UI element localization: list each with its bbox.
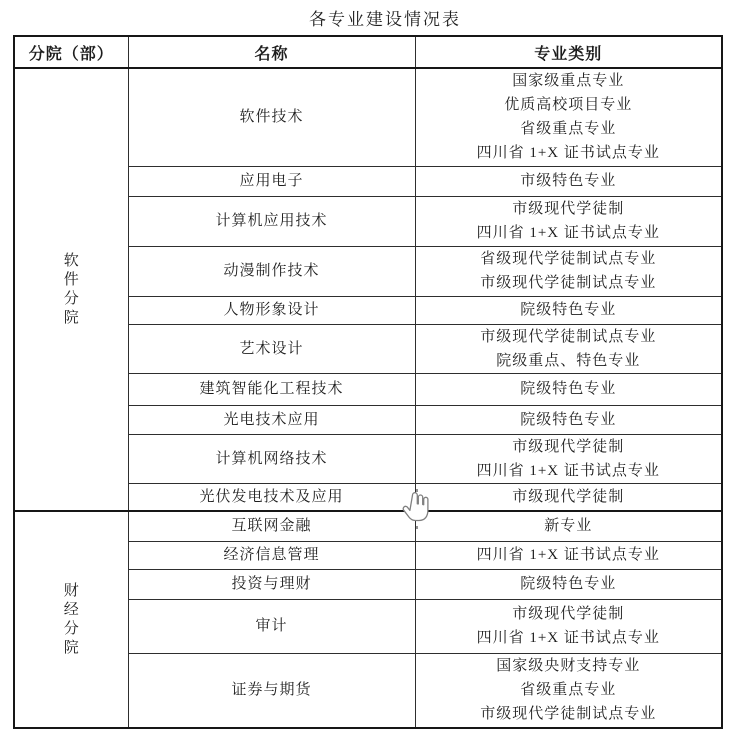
category-cell: 四川省 1+X 证书试点专业 [415, 541, 722, 569]
major-name-cell: 计算机应用技术 [128, 196, 415, 246]
category-line: 市级现代学徒制试点专业 [416, 325, 722, 349]
category-cell: 国家级央财支持专业 省级重点专业 市级现代学徒制试点专业 [415, 653, 722, 728]
category-cell: 市级现代学徒制 四川省 1+X 证书试点专业 [415, 599, 722, 653]
category-line: 院级特色专业 [416, 298, 722, 322]
category-cell: 新专业 [415, 511, 722, 541]
category-line: 四川省 1+X 证书试点专业 [416, 221, 722, 245]
category-line: 院级特色专业 [416, 377, 722, 401]
category-line: 省级重点专业 [416, 117, 722, 141]
category-line: 优质高校项目专业 [416, 93, 722, 117]
major-name-cell: 软件技术 [128, 68, 415, 166]
category-line: 院级重点、特色专业 [416, 349, 722, 373]
header-division: 分院（部） [14, 36, 128, 68]
category-line: 市级现代学徒制 [416, 435, 722, 459]
major-name-cell: 投资与理财 [128, 569, 415, 599]
category-cell: 市级现代学徒制 [415, 483, 722, 511]
category-cell: 院级特色专业 [415, 405, 722, 434]
category-line: 市级特色专业 [416, 169, 722, 193]
major-name-cell: 审计 [128, 599, 415, 653]
category-line: 市级现代学徒制试点专业 [416, 271, 722, 295]
major-name-cell: 应用电子 [128, 166, 415, 196]
major-name-cell: 人物形象设计 [128, 296, 415, 324]
category-cell: 省级现代学徒制试点专业 市级现代学徒制试点专业 [415, 246, 722, 296]
page-title: 各专业建设情况表 [18, 5, 734, 30]
category-cell: 院级特色专业 [415, 373, 722, 405]
header-row: 分院（部） 名称 专业类别 [14, 36, 722, 68]
category-line: 四川省 1+X 证书试点专业 [416, 626, 722, 650]
division-label: 软件分院 [64, 252, 79, 328]
category-line: 市级现代学徒制试点专业 [416, 702, 722, 726]
category-line: 市级现代学徒制 [416, 485, 722, 509]
major-name-cell: 经济信息管理 [128, 541, 415, 569]
category-line: 市级现代学徒制 [416, 197, 722, 221]
major-name-cell: 计算机网络技术 [128, 434, 415, 483]
category-line: 四川省 1+X 证书试点专业 [416, 543, 722, 567]
division-label: 财经分院 [64, 582, 79, 658]
header-category: 专业类别 [415, 36, 722, 68]
major-name-cell: 动漫制作技术 [128, 246, 415, 296]
category-cell: 院级特色专业 [415, 296, 722, 324]
document-page: 各专业建设情况表 分院（部） 名称 专业类别 软件分院 软件技术 国家级重点专业… [0, 0, 734, 733]
category-line: 省级现代学徒制试点专业 [416, 247, 722, 271]
category-cell: 市级现代学徒制 四川省 1+X 证书试点专业 [415, 434, 722, 483]
category-line: 四川省 1+X 证书试点专业 [416, 141, 722, 165]
major-name-cell: 证券与期货 [128, 653, 415, 728]
header-name: 名称 [128, 36, 415, 68]
table-row: 软件分院 软件技术 国家级重点专业 优质高校项目专业 省级重点专业 四川省 1+… [14, 68, 722, 166]
category-line: 四川省 1+X 证书试点专业 [416, 459, 722, 483]
category-cell: 市级现代学徒制试点专业 院级重点、特色专业 [415, 324, 722, 373]
category-line: 院级特色专业 [416, 408, 722, 432]
category-line: 国家级央财支持专业 [416, 654, 722, 678]
category-line: 国家级重点专业 [416, 69, 722, 93]
category-line: 省级重点专业 [416, 678, 722, 702]
division-cell-software: 软件分院 [14, 68, 128, 511]
major-name-cell: 建筑智能化工程技术 [128, 373, 415, 405]
category-cell: 国家级重点专业 优质高校项目专业 省级重点专业 四川省 1+X 证书试点专业 [415, 68, 722, 166]
category-line: 院级特色专业 [416, 572, 722, 596]
major-name-cell: 光电技术应用 [128, 405, 415, 434]
category-cell: 市级特色专业 [415, 166, 722, 196]
majors-table: 分院（部） 名称 专业类别 软件分院 软件技术 国家级重点专业 优质高校项目专业… [13, 35, 723, 729]
category-cell: 院级特色专业 [415, 569, 722, 599]
major-name-cell: 艺术设计 [128, 324, 415, 373]
table-row: 财经分院 互联网金融 新专业 [14, 511, 722, 541]
category-line: 市级现代学徒制 [416, 602, 722, 626]
major-name-cell: 光伏发电技术及应用 [128, 483, 415, 511]
major-name-cell: 互联网金融 [128, 511, 415, 541]
category-cell: 市级现代学徒制 四川省 1+X 证书试点专业 [415, 196, 722, 246]
division-cell-finance: 财经分院 [14, 511, 128, 728]
category-line: 新专业 [416, 514, 722, 538]
